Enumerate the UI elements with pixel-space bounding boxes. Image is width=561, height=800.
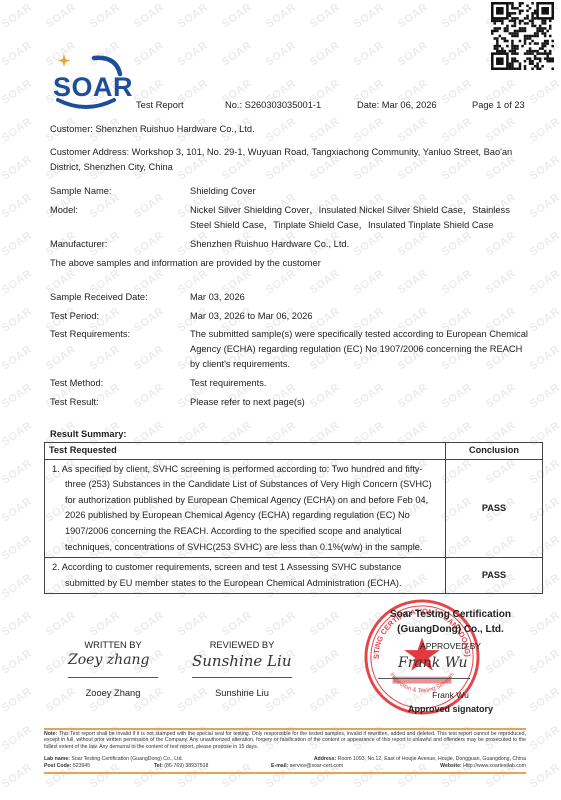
- test-requirements-value: The submitted sample(s) were specificall…: [190, 327, 530, 372]
- footer-address-row: Address: Room 1093, No.12, East of Houji…: [271, 756, 526, 762]
- approver-company-line2: (GuangDong) Co., Ltd.: [340, 624, 561, 635]
- model-label: Model:: [50, 203, 78, 218]
- test-method-value: Test requirements.: [190, 376, 530, 391]
- approver-company-line1: Soar Testing Certification: [340, 609, 561, 620]
- tel-label: Tel:: [154, 763, 163, 769]
- footer-website-row: Website: Http://www.soartestlab.com: [400, 763, 526, 769]
- reviewed-by-name: Sunshine Liu: [192, 688, 292, 698]
- sample-name-label: Sample Name:: [50, 184, 112, 199]
- tel-value: (86-769) 38937518: [164, 763, 208, 769]
- test-report-page: SOAR Test Report No.: S260303035001-1 Da…: [0, 0, 561, 800]
- test-period-label: Test Period:: [50, 309, 99, 324]
- signature-line: [68, 677, 158, 678]
- written-by-title: WRITTEN BY: [68, 640, 158, 650]
- logo-text: SOAR: [53, 72, 133, 103]
- note-text: This Test report shall be invalid if it …: [44, 731, 526, 750]
- sample-provided-note: The above samples and information are pr…: [50, 256, 530, 271]
- address-label: Address:: [314, 756, 337, 762]
- note-label: Note:: [44, 731, 57, 737]
- customer-address-line2: District, Shenzhen City, China: [50, 160, 540, 175]
- manufacturer-value: Shenzhen Ruishuo Hardware Co., Ltd.: [190, 237, 530, 252]
- test-requested-cell: 1. As specified by client, SVHC screenin…: [45, 459, 446, 558]
- test-result-label: Test Result:: [50, 395, 99, 410]
- column-header-conclusion: Conclusion: [446, 443, 543, 460]
- doc-type: Test Report: [136, 100, 184, 110]
- qr-code: [491, 2, 554, 70]
- reviewed-by-title: REVIEWED BY: [192, 640, 292, 650]
- written-by-signature: Zoey zhang: [68, 652, 150, 668]
- signature-line: [378, 678, 470, 679]
- post-code-value: 523945: [73, 763, 90, 769]
- conclusion-cell: PASS: [446, 459, 543, 558]
- footer-note: Note: This Test report shall be invalid …: [44, 731, 526, 750]
- conclusion-cell: PASS: [446, 558, 543, 594]
- soar-logo: SOAR: [50, 48, 140, 108]
- address-value: Room 1093, No.12, East of Houjie Avenue,…: [338, 756, 526, 762]
- approver-name: Frank Wu: [340, 690, 561, 700]
- approved-by-title: APPROVED BY: [340, 641, 561, 651]
- manufacturer-label: Manufacturer:: [50, 237, 107, 252]
- report-number: No.: S260303035001-1: [225, 100, 321, 110]
- result-summary-table: Test Requested Conclusion 1. As specifie…: [44, 442, 543, 594]
- report-date: Date: Mar 06, 2026: [357, 100, 437, 110]
- lab-name-label: Lab name:: [44, 756, 70, 762]
- footer-bottom-rule: [44, 772, 526, 774]
- sample-name-value: Shielding Cover: [190, 184, 530, 199]
- website-label: Website:: [440, 763, 462, 769]
- test-result-value: Please refer to next page(s): [190, 395, 530, 410]
- email-link[interactable]: service@soar-cert.com: [290, 763, 343, 769]
- approved-by-signature: Frank Wu: [398, 655, 468, 671]
- test-period-value: Mar 03, 2026 to Mar 06, 2026: [190, 309, 530, 324]
- test-requirements-label: Test Requirements:: [50, 327, 130, 342]
- test-requested-cell: 2. According to customer requirements, s…: [45, 558, 446, 594]
- footer-email-row: E-mail: service@soar-cert.com: [271, 763, 391, 769]
- written-by-name: Zooey Zhang: [68, 688, 158, 698]
- post-code-label: Post Code:: [44, 763, 71, 769]
- column-header-test-requested: Test Requested: [45, 443, 446, 460]
- model-value: Nickel Silver Shielding Cover，Insulated …: [190, 203, 530, 233]
- table-row: 2. According to customer requirements, s…: [45, 558, 543, 594]
- received-date-label: Sample Received Date:: [50, 290, 148, 305]
- received-date-value: Mar 03, 2026: [190, 290, 530, 305]
- footer-post-row: Post Code: 523945: [44, 763, 164, 769]
- table-header-row: Test Requested Conclusion: [45, 443, 543, 460]
- table-row: 1. As specified by client, SVHC screenin…: [45, 459, 543, 558]
- test-method-label: Test Method:: [50, 376, 103, 391]
- lab-name-value: Soar Testing Certification (GuangDong) C…: [71, 756, 183, 762]
- reviewed-by-signature: Sunshine Liu: [192, 652, 291, 670]
- approver-role: Approved signatory: [340, 704, 561, 714]
- customer-address-line1: Customer Address: Workshop 3, 101, No. 2…: [50, 145, 540, 160]
- footer-tel-row: Tel: (86-769) 38937518: [154, 763, 274, 769]
- website-link[interactable]: Http://www.soartestlab.com: [463, 763, 526, 769]
- customer-name: Customer: Shenzhen Ruishuo Hardware Co.,…: [50, 122, 530, 137]
- signature-line: [192, 677, 292, 678]
- footer-top-rule: [44, 728, 526, 730]
- page-number: Page 1 of 23: [472, 100, 525, 110]
- result-summary-title: Result Summary:: [50, 427, 126, 442]
- email-label: E-mail:: [271, 763, 288, 769]
